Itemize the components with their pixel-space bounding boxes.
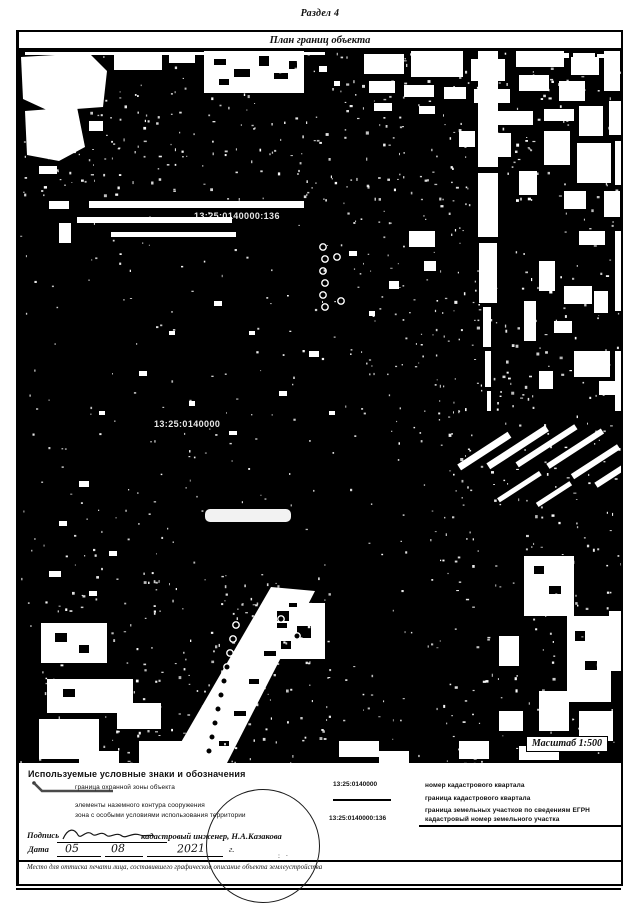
date-label: Дата [28,844,49,854]
map-image: 13:25:0140000:136 13:25:0140000 [19,51,621,763]
legend-heading: Используемые условные знаки и обозначени… [28,769,246,779]
scale-badge: Масштаб 1:500 [526,736,608,752]
quarter-boundary-line-symbol [333,799,391,801]
legend-item-label: граница земельных участков по сведениям … [425,807,590,814]
legend-item-label: зона с особыми условиями использования т… [75,812,246,819]
map-cadastral-parcel-label: 13:25:0140000:136 [194,211,280,221]
date-day-handwritten: 05 [65,842,79,855]
legend-item-label: кадастровый номер земельного участка [425,816,560,823]
map-cadastral-quarter-label: 13:25:0140000 [154,419,220,429]
frame-bottom-second-line [16,888,621,890]
legend-section: Используемые условные знаки и обозначени… [19,763,621,877]
parcel-cadastral-number-symbol: 13:25:0140000:136 [329,815,386,822]
section-header: Раздел 4 [0,8,640,19]
cadastral-quarter-number-symbol: 13:25:0140000 [333,781,377,788]
page-frame: План границ объекта [16,30,623,886]
engineer-name: кадастровый инженер, Н.А.Казакова [141,831,282,841]
legend-item-label: номер кадастрового квартала [425,782,525,789]
signature-label: Подпись [27,830,59,840]
legend-item-label: граница охранной зоны объекта [75,784,175,791]
boundary-plan-map: 13:25:0140000:136 13:25:0140000 Масштаб … [19,51,621,763]
date-day-underline [57,856,101,857]
date-suffix: г. [229,844,234,854]
document-page: { "page": { "section_header": "Раздел 4"… [0,0,640,905]
legend-divider-line [419,825,621,827]
date-year-handwritten: 2021 [177,842,205,856]
legend-item-label: граница кадастрового квартала [425,795,530,802]
page-title: План границ объекта [19,32,621,51]
date-month-handwritten: 08 [111,842,125,855]
date-year-underline [147,856,223,857]
legend-item-label: элементы наземного контура сооружения [75,802,205,809]
seal-place-note: Место для оттиска печати лица, составивш… [27,864,322,871]
date-month-underline [105,856,143,857]
footer-divider-line [19,860,621,862]
